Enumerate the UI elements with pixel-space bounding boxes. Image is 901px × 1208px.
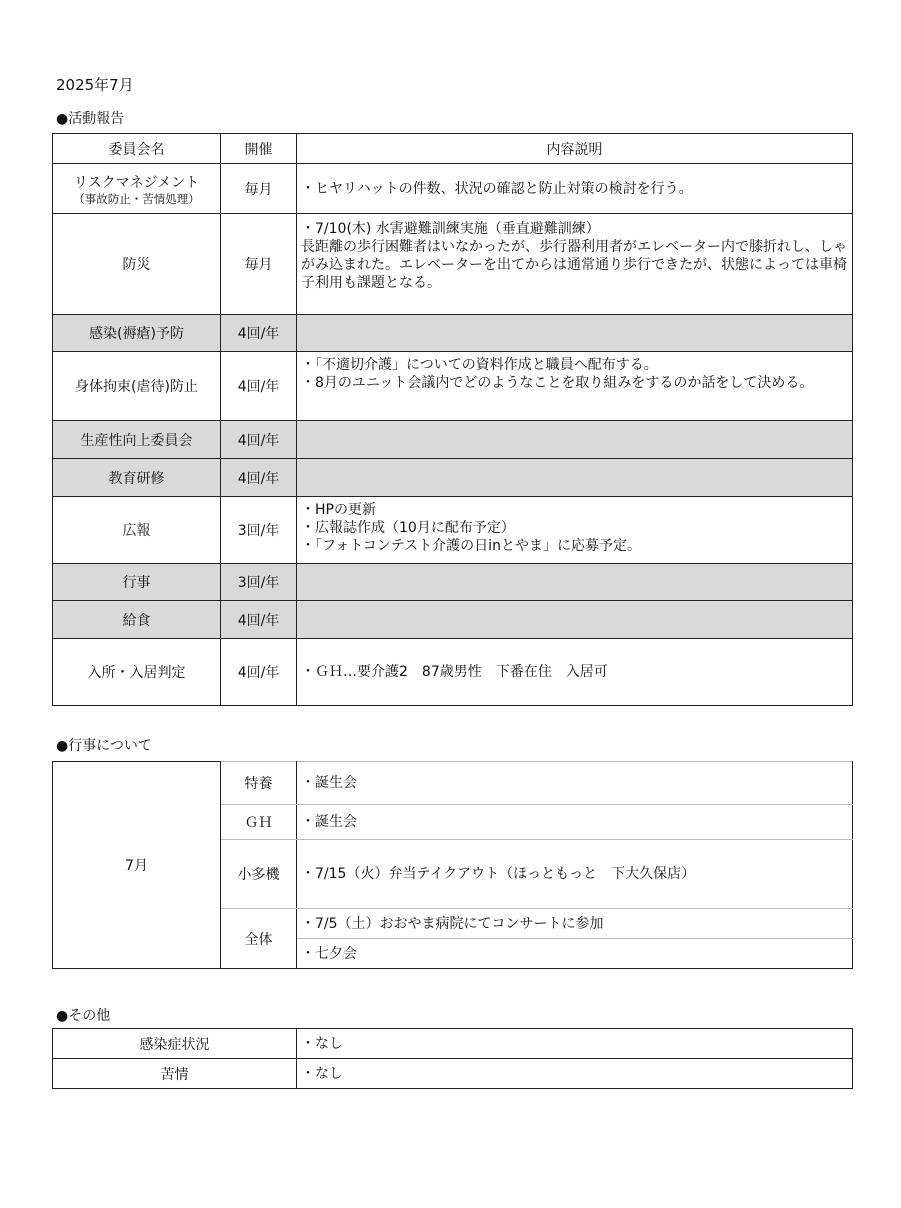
frequency: 毎月 — [221, 164, 297, 214]
committee-name: 広報 — [53, 497, 221, 564]
committee-name: 給食 — [53, 601, 221, 639]
committee-name: 防災 — [53, 214, 221, 315]
section-title-events: ●行事について — [56, 735, 152, 755]
content: ・7/10(木) 水害避難訓練実施（垂直避難訓練） 長距離の歩行困難者はいなかっ… — [297, 214, 853, 315]
table-header-row: 委員会名 開催 内容説明 — [53, 134, 853, 164]
event-item: ・誕生会 — [297, 805, 853, 840]
committee-name-sub: （事故防止・苦情処理） — [53, 192, 220, 206]
frequency: 4回/年 — [221, 315, 297, 352]
committee-name: 教育研修 — [53, 459, 221, 497]
event-item: ・7/15（火）弁当テイクアウト（ほっともっと 下大久保店） — [297, 840, 853, 909]
content — [297, 601, 853, 639]
frequency: 4回/年 — [221, 352, 297, 421]
frequency: 4回/年 — [221, 421, 297, 459]
event-unit: ＧＨ — [221, 805, 297, 840]
table-row: 感染(褥瘡)予防 4回/年 — [53, 315, 853, 352]
table-row: 行事 3回/年 — [53, 564, 853, 601]
section-title-activity: ●活動報告 — [56, 108, 124, 128]
other-row: 苦情 ・なし — [53, 1059, 853, 1089]
event-unit: 特養 — [221, 762, 297, 805]
event-unit: 小多機 — [221, 840, 297, 909]
table-row: 生産性向上委員会 4回/年 — [53, 421, 853, 459]
table-row: 給食 4回/年 — [53, 601, 853, 639]
other-value: ・なし — [297, 1029, 853, 1059]
content: ・ヒヤリハットの件数、状況の確認と防止対策の検討を行う。 — [297, 164, 853, 214]
event-item: ・七夕会 — [297, 939, 853, 969]
activity-report-table: 委員会名 開催 内容説明 リスクマネジメント （事故防止・苦情処理） 毎月 ・ヒ… — [52, 133, 853, 706]
table-row: 防災 毎月 ・7/10(木) 水害避難訓練実施（垂直避難訓練） 長距離の歩行困難… — [53, 214, 853, 315]
event-item: ・7/5（土）おおやま病院にてコンサートに参加 — [297, 909, 853, 939]
committee-name: 入所・入居判定 — [53, 639, 221, 706]
table-row: 教育研修 4回/年 — [53, 459, 853, 497]
event-item: ・誕生会 — [297, 762, 853, 805]
content: ・ＧＨ…要介護2 87歳男性 下番在住 入居可 — [297, 639, 853, 706]
header-content: 内容説明 — [297, 134, 853, 164]
frequency: 毎月 — [221, 214, 297, 315]
table-row: リスクマネジメント （事故防止・苦情処理） 毎月 ・ヒヤリハットの件数、状況の確… — [53, 164, 853, 214]
committee-name: 行事 — [53, 564, 221, 601]
committee-name: リスクマネジメント （事故防止・苦情処理） — [53, 164, 221, 214]
page-title: 2025年7月 — [56, 74, 134, 95]
frequency: 4回/年 — [221, 639, 297, 706]
event-month: 7月 — [53, 762, 221, 969]
frequency: 3回/年 — [221, 497, 297, 564]
other-value: ・なし — [297, 1059, 853, 1089]
frequency: 4回/年 — [221, 459, 297, 497]
content: ・「不適切介護」についての資料作成と職員へ配布する。 ・8月のユニット会議内でど… — [297, 352, 853, 421]
committee-name: 身体拘束(虐待)防止 — [53, 352, 221, 421]
frequency: 4回/年 — [221, 601, 297, 639]
table-row: 身体拘束(虐待)防止 4回/年 ・「不適切介護」についての資料作成と職員へ配布す… — [53, 352, 853, 421]
other-label: 感染症状況 — [53, 1029, 297, 1059]
header-frequency: 開催 — [221, 134, 297, 164]
table-row: 広報 3回/年 ・HPの更新 ・広報誌作成（10月に配布予定） ・「フォトコンテ… — [53, 497, 853, 564]
table-row: 入所・入居判定 4回/年 ・ＧＨ…要介護2 87歳男性 下番在住 入居可 — [53, 639, 853, 706]
content — [297, 459, 853, 497]
content — [297, 315, 853, 352]
other-table: 感染症状況 ・なし 苦情 ・なし — [52, 1028, 853, 1089]
event-row: 7月 特養 ・誕生会 — [53, 762, 853, 805]
events-table: 7月 特養 ・誕生会 ＧＨ ・誕生会 小多機 ・7/15（火）弁当テイクアウト（… — [52, 761, 853, 969]
event-unit: 全体 — [221, 909, 297, 969]
header-committee: 委員会名 — [53, 134, 221, 164]
section-title-other: ●その他 — [56, 1005, 110, 1025]
committee-name-main: リスクマネジメント — [53, 172, 220, 192]
content — [297, 421, 853, 459]
other-row: 感染症状況 ・なし — [53, 1029, 853, 1059]
frequency: 3回/年 — [221, 564, 297, 601]
content — [297, 564, 853, 601]
content: ・HPの更新 ・広報誌作成（10月に配布予定） ・「フォトコンテスト介護の日in… — [297, 497, 853, 564]
committee-name: 感染(褥瘡)予防 — [53, 315, 221, 352]
committee-name: 生産性向上委員会 — [53, 421, 221, 459]
other-label: 苦情 — [53, 1059, 297, 1089]
